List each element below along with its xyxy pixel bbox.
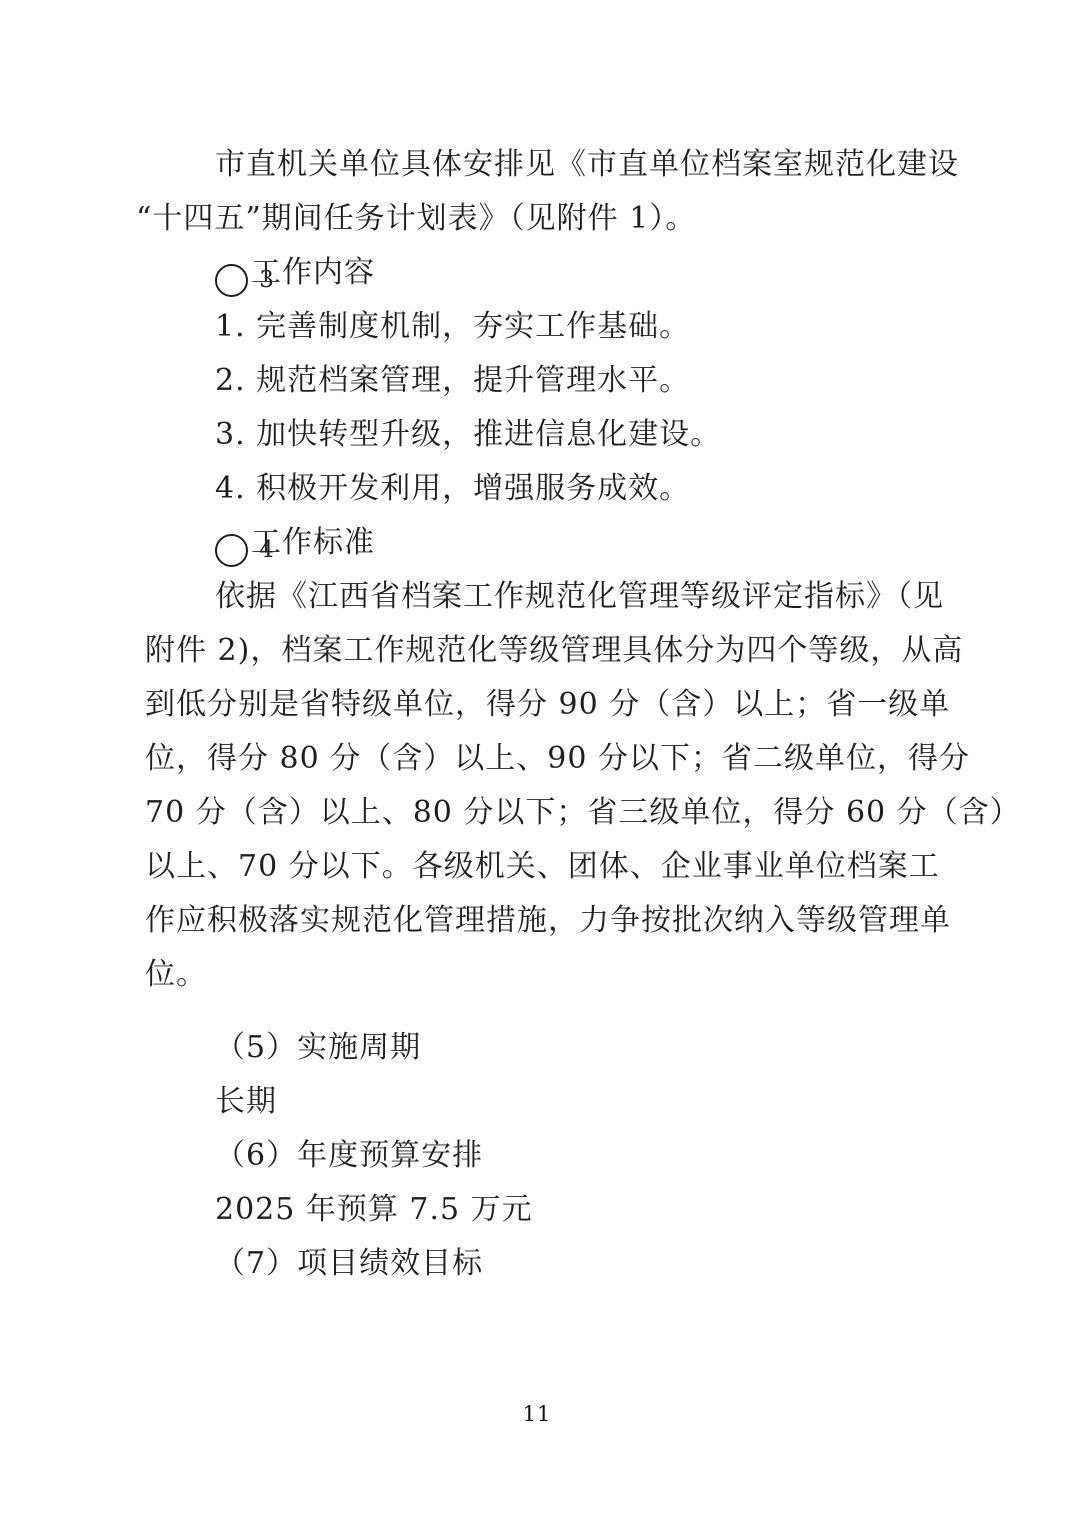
circled-number-icon: 4: [215, 534, 248, 567]
line-text: 工作标准: [251, 525, 375, 560]
section-heading-performance-target: （7）项目绩效目标: [145, 1237, 921, 1291]
section-heading-implementation-period: （5）实施周期: [145, 1021, 921, 1075]
text-line: 70 分（含）以上、80 分以下；省三级单位，得分 60 分（含）: [145, 786, 921, 840]
text-line: 长期: [145, 1075, 921, 1129]
section-heading-work-content: 3工作内容: [145, 246, 921, 300]
text-line: 附件 2)，档案工作规范化等级管理具体分为四个等级，从高: [145, 624, 921, 678]
list-item: 1. 完善制度机制，夯实工作基础。: [145, 300, 921, 354]
circled-number-icon: 3: [215, 264, 248, 297]
document-body: 市直机关单位具体安排见《市直单位档案室规范化建设 “十四五”期间任务计划表》（见…: [145, 138, 921, 1291]
section-heading-work-standard: 4工作标准: [145, 516, 921, 570]
page-footer: 11: [0, 1402, 1074, 1426]
text-line: “十四五”期间任务计划表》（见附件 1）。: [145, 192, 921, 246]
text-line: 作应积极落实规范化管理措施，力争按批次纳入等级管理单: [145, 894, 921, 948]
list-item: 2. 规范档案管理，提升管理水平。: [145, 354, 921, 408]
list-item: 3. 加快转型升级，推进信息化建设。: [145, 408, 921, 462]
text-line: 位，得分 80 分（含）以上、90 分以下；省二级单位，得分: [145, 732, 921, 786]
page-number: 11: [523, 1402, 552, 1426]
text-line: 位。: [145, 948, 921, 1002]
text-line: 到低分别是省特级单位，得分 90 分（含）以上；省一级单: [145, 678, 921, 732]
text-line: 2025 年预算 7.5 万元: [145, 1183, 921, 1237]
text-line: 市直机关单位具体安排见《市直单位档案室规范化建设: [145, 138, 921, 192]
text-line: 以上、70 分以下。各级机关、团体、企业事业单位档案工: [145, 840, 921, 894]
document-page: { "page": { "number": "11" }, "colors": …: [0, 0, 1074, 1520]
section-heading-annual-budget: （6）年度预算安排: [145, 1129, 921, 1183]
text-line: 依据《江西省档案工作规范化管理等级评定指标》（见: [145, 570, 921, 624]
line-text: 工作内容: [251, 255, 375, 290]
list-item: 4. 积极开发利用，增强服务成效。: [145, 462, 921, 516]
